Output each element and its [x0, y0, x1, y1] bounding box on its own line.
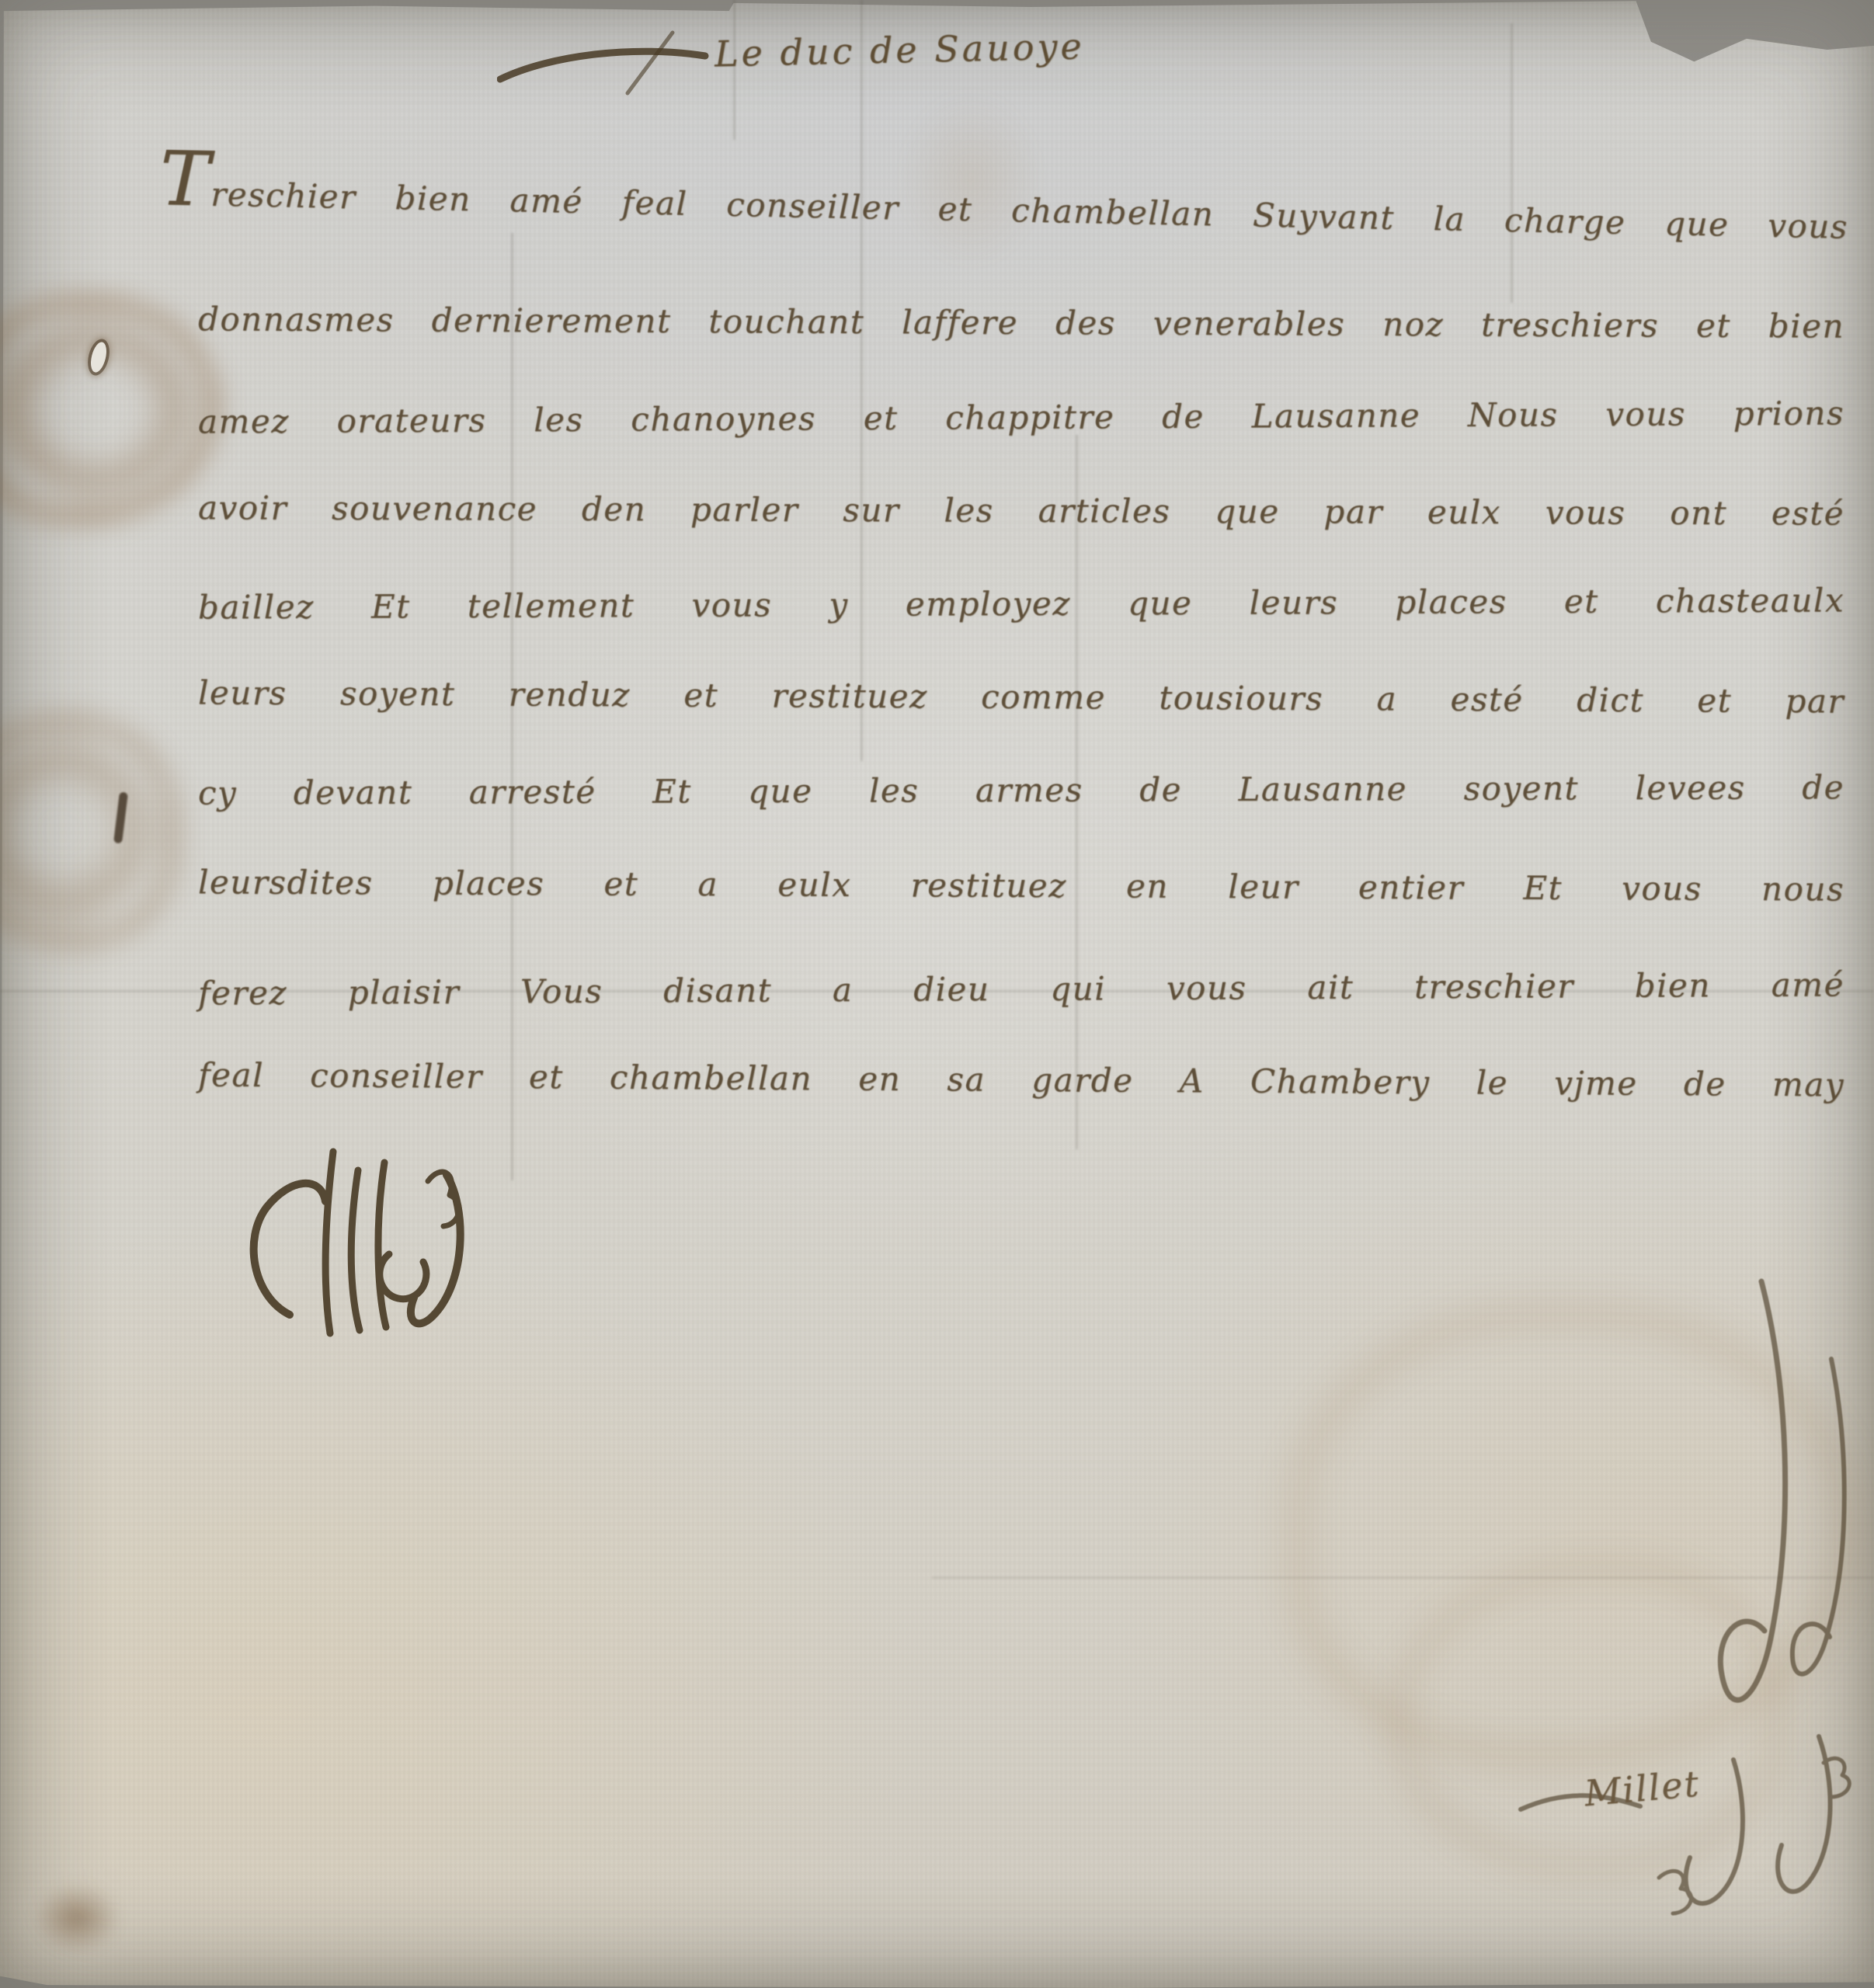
secretary-paraph-flourish	[1514, 1266, 1874, 1965]
secretary-signature: Millet	[1583, 1766, 1701, 1812]
body-line: avoir souvenance den parler sur les arti…	[198, 488, 1844, 543]
manuscript-photo: Le duc de Sauoye Treschier bien amé feal…	[0, 0, 1874, 1988]
heading-flourish	[497, 28, 730, 98]
body-line: amez orateurs les chanoynes et chappitre…	[198, 393, 1844, 451]
body-line: feal conseiller et chambellan en sa gard…	[198, 1055, 1844, 1115]
body-line: leurs soyent renduz et restituez comme t…	[198, 673, 1844, 731]
ducal-signature-flourish	[229, 1130, 470, 1363]
body-line: ferez plaisir Vous disant a dieu qui vou…	[198, 964, 1844, 1023]
fold-crease-vertical	[861, 0, 863, 761]
body-line: baillez Et tellement vous y employez que…	[198, 580, 1844, 637]
secretary-signature-block: Millet	[1514, 1266, 1874, 1965]
body-line: leursdites places et a eulx restituez en…	[198, 862, 1844, 919]
body-line: cy devant arresté Et que les armes de La…	[198, 767, 1844, 822]
body-line: donnasmes dernierement touchant laffere …	[198, 299, 1844, 356]
fold-crease-vertical	[1511, 23, 1513, 303]
